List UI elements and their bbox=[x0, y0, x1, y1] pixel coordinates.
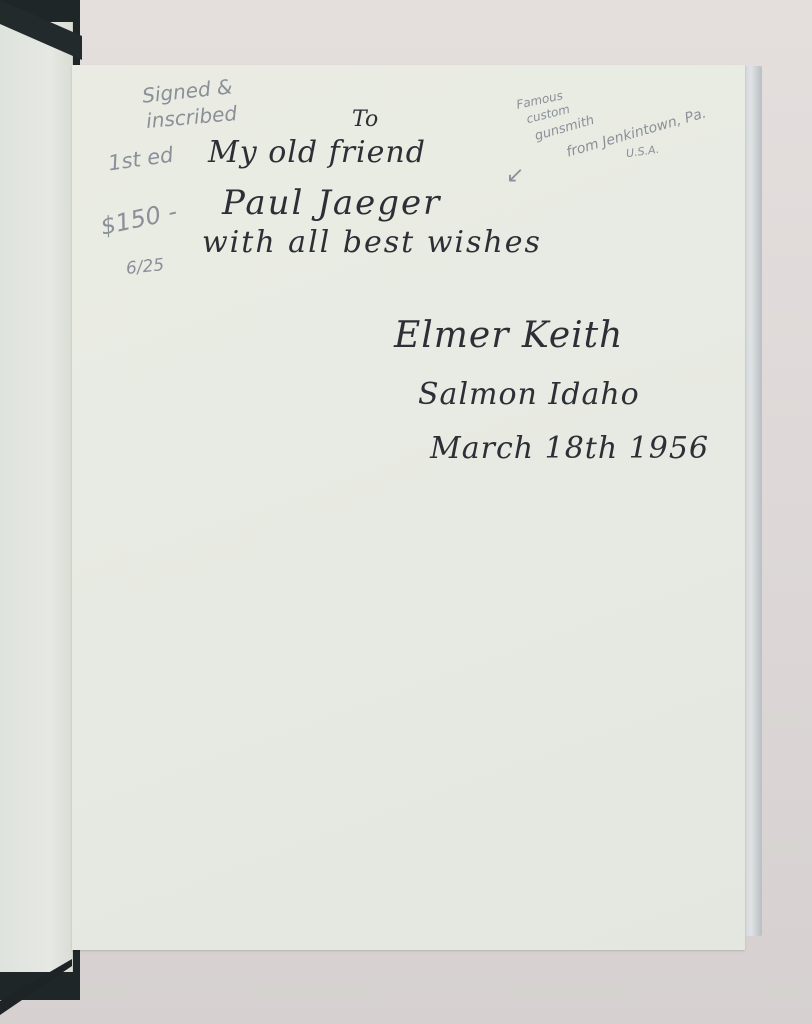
inscription-friend-line: My old friend bbox=[208, 135, 426, 170]
inscription-recipient: Paul Jaeger bbox=[222, 183, 441, 223]
inscription-date: March 18th 1956 bbox=[430, 431, 709, 466]
inscription-to: To bbox=[352, 107, 378, 132]
pencil-edition: 1st ed bbox=[107, 143, 175, 176]
inscription-wishes: with all best wishes bbox=[202, 225, 542, 260]
left-page-edge bbox=[0, 22, 73, 972]
pencil-annotation-5: U.S.A. bbox=[625, 143, 660, 161]
author-signature: Elmer Keith bbox=[394, 315, 623, 356]
endpaper-page: Signed & inscribed 1st ed $150 - 6/25 Fa… bbox=[72, 65, 745, 950]
pencil-date-code: 6/25 bbox=[125, 255, 165, 279]
pencil-price: $150 - bbox=[98, 197, 180, 240]
pencil-arrow: ↙ bbox=[506, 163, 524, 188]
inscription-place: Salmon Idaho bbox=[418, 377, 640, 412]
